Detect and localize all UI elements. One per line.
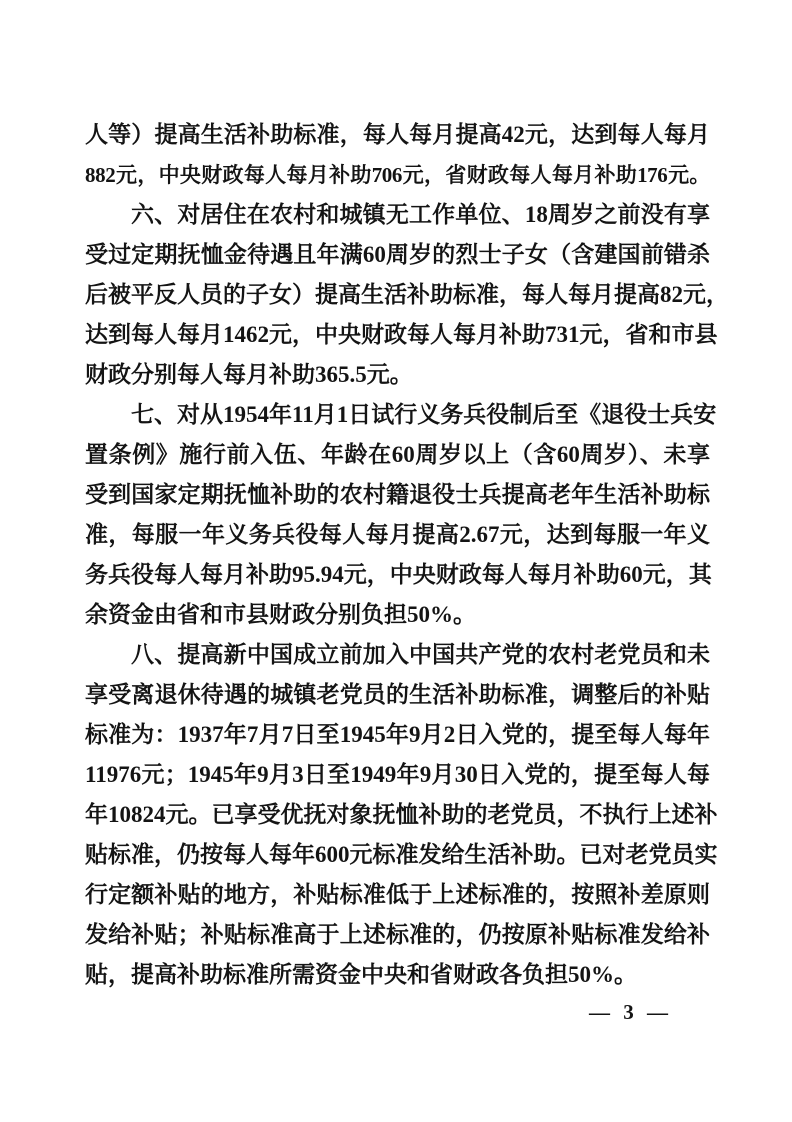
document-line: 发给补贴；补贴标准高于上述标准的，仍按原补贴标准发给补 bbox=[85, 915, 710, 955]
paragraph: 六、对居住在农村和城镇无工作单位、18周岁之前没有享受过定期抚恤金待遇且年满60… bbox=[85, 195, 710, 395]
document-line: 置条例》施行前入伍、年龄在60周岁以上（含60周岁）、未享 bbox=[85, 435, 710, 475]
document-line: 受过定期抚恤金待遇且年满60周岁的烈士子女（含建国前错杀 bbox=[85, 235, 710, 275]
document-line: 年10824元。已享受优抚对象抚恤补助的老党员，不执行上述补 bbox=[85, 795, 710, 835]
document-line: 行定额补贴的地方，补贴标准低于上述标准的，按照补差原则 bbox=[85, 875, 710, 915]
document-line: 财政分别每人每月补助365.5元。 bbox=[85, 355, 710, 395]
document-line: 余资金由省和市县财政分别负担50%。 bbox=[85, 595, 710, 635]
document-line: 受到国家定期抚恤补助的农村籍退役士兵提高老年生活补助标 bbox=[85, 475, 710, 515]
document-line: 882元，中央财政每人每月补助706元，省财政每人每月补助176元。 bbox=[85, 155, 710, 195]
document-line: 六、对居住在农村和城镇无工作单位、18周岁之前没有享 bbox=[85, 195, 710, 235]
document-line: 八、提高新中国成立前加入中国共产党的农村老党员和未 bbox=[85, 635, 710, 675]
document-line: 七、对从1954年11月1日试行义务兵役制后至《退役士兵安 bbox=[85, 395, 710, 435]
document-line: 贴标准，仍按每人每年600元标准发给生活补助。已对老党员实 bbox=[85, 835, 710, 875]
document-line: 后被平反人员的子女）提高生活补助标准，每人每月提高82元， bbox=[85, 275, 710, 315]
document-body: 人等）提高生活补助标准，每人每月提高42元，达到每人每月882元，中央财政每人每… bbox=[85, 115, 710, 995]
document-line: 享受离退休待遇的城镇老党员的生活补助标准，调整后的补贴 bbox=[85, 675, 710, 715]
page-number: — 3 — bbox=[589, 1000, 672, 1025]
document-line: 人等）提高生活补助标准，每人每月提高42元，达到每人每月 bbox=[85, 115, 710, 155]
paragraph: 七、对从1954年11月1日试行义务兵役制后至《退役士兵安置条例》施行前入伍、年… bbox=[85, 395, 710, 635]
document-line: 11976元；1945年9月3日至1949年9月30日入党的，提至每人每 bbox=[85, 755, 710, 795]
document-line: 准，每服一年义务兵役每人每月提高2.67元，达到每服一年义 bbox=[85, 515, 710, 555]
document-line: 贴，提高补助标准所需资金中央和省财政各负担50%。 bbox=[85, 955, 710, 995]
document-page: 人等）提高生活补助标准，每人每月提高42元，达到每人每月882元，中央财政每人每… bbox=[0, 0, 792, 1122]
paragraph: 八、提高新中国成立前加入中国共产党的农村老党员和未享受离退休待遇的城镇老党员的生… bbox=[85, 635, 710, 995]
document-line: 务兵役每人每月补助95.94元，中央财政每人每月补助60元，其 bbox=[85, 555, 710, 595]
document-line: 达到每人每月1462元，中央财政每人每月补助731元，省和市县 bbox=[85, 315, 710, 355]
paragraph: 人等）提高生活补助标准，每人每月提高42元，达到每人每月882元，中央财政每人每… bbox=[85, 115, 710, 195]
document-line: 标准为：1937年7月7日至1945年9月2日入党的，提至每人每年 bbox=[85, 715, 710, 755]
